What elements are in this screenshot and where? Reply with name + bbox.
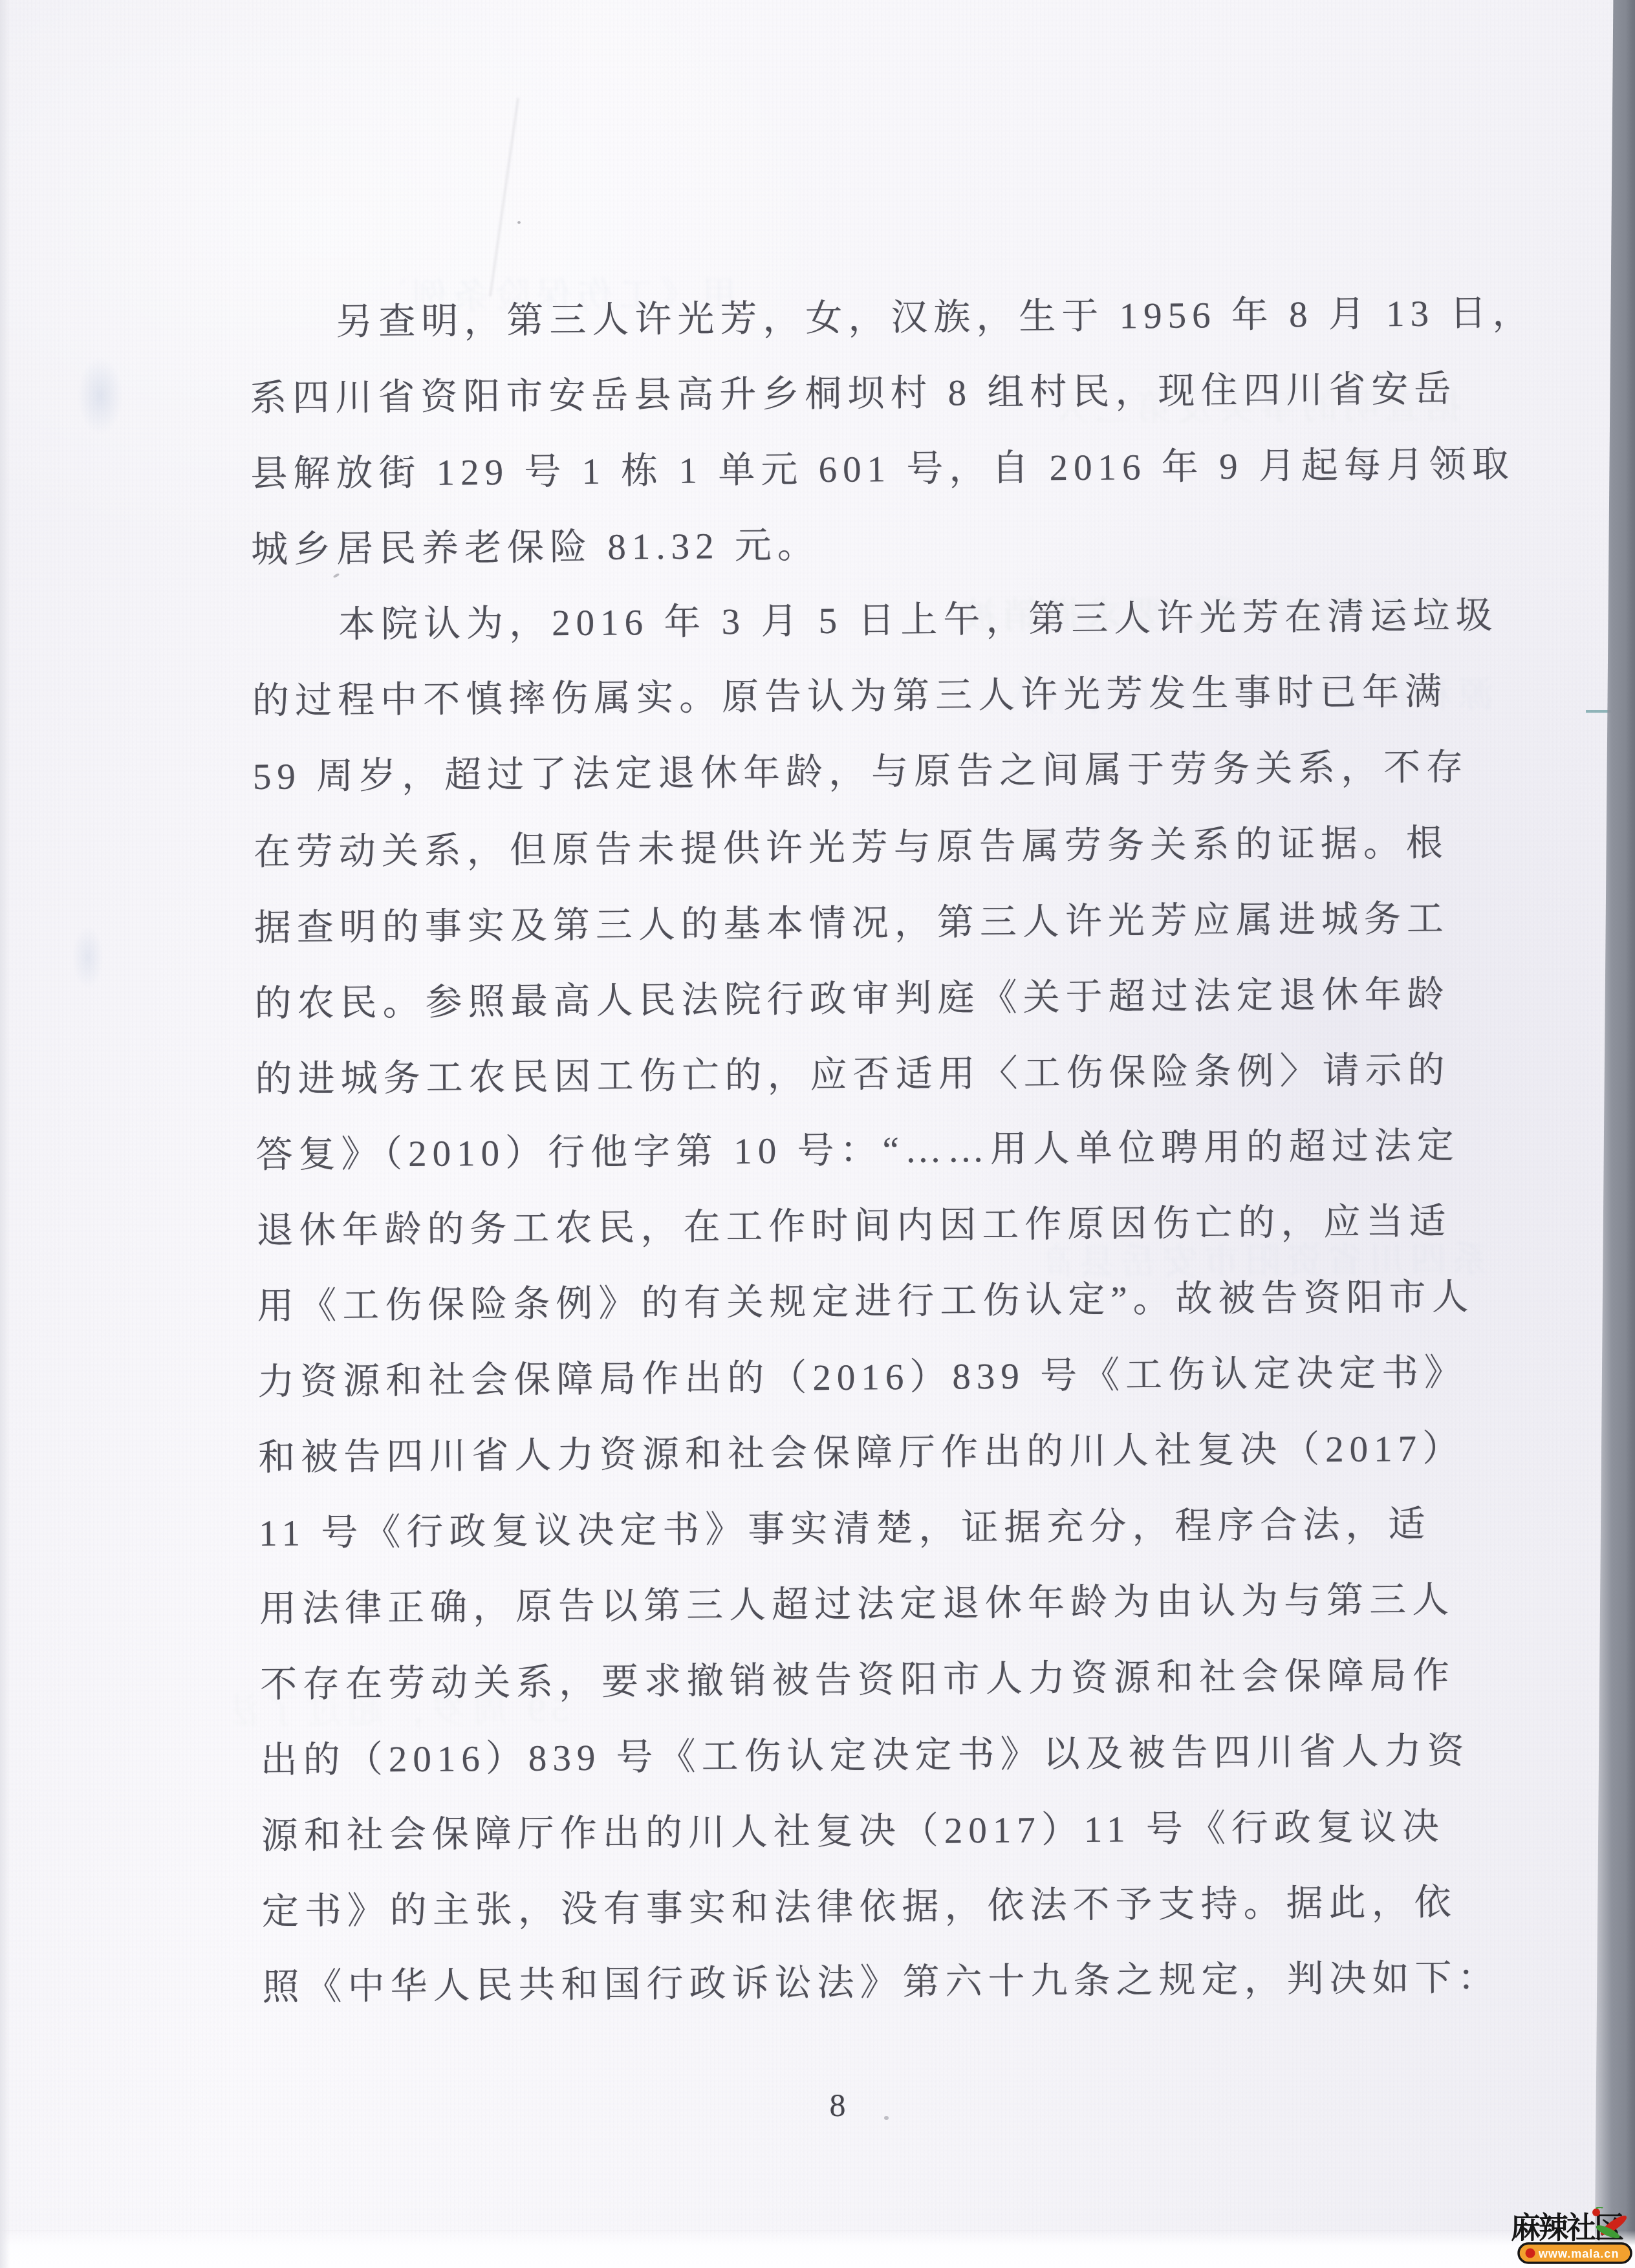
- text-line: 照《中华人民共和国行政诉讼法》第六十九条之规定，判决如下：: [262, 1940, 1472, 2025]
- text-line: 力资源和社会保障局作出的（2016）839 号《工伤认定决定书》: [257, 1335, 1467, 1420]
- text-line: 和被告四川省人力资源和社会保障厅作出的川人社复决（2017）: [258, 1410, 1468, 1496]
- page-edge-shadow-right: [1583, 0, 1635, 2268]
- ink-smudge: [78, 357, 123, 435]
- text-line: 系四川省资阳市安岳县高升乡桐坝村 8 组村民，现住四川省安岳: [250, 351, 1460, 437]
- scanned-page: 用《工伤保险条例》的有关规定进行工伤认定”。故被告资阳市人 据查明的事实及第三人…: [0, 0, 1635, 2268]
- paper-sheet: 用《工伤保险条例》的有关规定进行工伤认定”。故被告资阳市人 据查明的事实及第三人…: [0, 0, 1635, 2268]
- text-line: 出的（2016）839 号《工伤认定决定书》以及被告四川省人力资: [260, 1713, 1470, 1798]
- text-line: 城乡居民养老保险 81.32 元。: [251, 502, 1461, 588]
- dust-speck: [517, 221, 521, 224]
- text-line: 源和社会保障厅作出的川人社复决（2017）11 号《行政复议决: [261, 1789, 1471, 1874]
- text-line: 59 周岁，超过了法定退休年龄，与原告之间属于劳务关系，不存: [253, 729, 1463, 815]
- paper-crease: [489, 98, 519, 296]
- edge-pen-mark: [1586, 710, 1617, 713]
- page-edge-shadow-right-dark: [1626, 0, 1635, 2268]
- page-edge-bottom: [0, 2230, 1635, 2268]
- text-line: 答复》（2010）行他字第 10 号：“……用人单位聘用的超过法定: [255, 1108, 1466, 1193]
- mala-site-url-text: www.mala.cn: [1538, 2247, 1619, 2260]
- text-line: 的过程中不慎摔伤属实。原告认为第三人许光芳发生事时已年满: [252, 654, 1462, 739]
- judgment-body: 另查明，第三人许光芳，女，汉族，生于 1956 年 8 月 13 日，系四川省资…: [249, 275, 1472, 2025]
- text-line: 定书》的主张，没有事实和法律依据，依法不予支持。据此，依: [261, 1864, 1471, 1950]
- text-line: 据查明的事实及第三人的基本情况，第三人许光芳应属进城务工: [254, 881, 1464, 966]
- text-line: 用法律正确，原告以第三人超过法定退休年龄为由认为与第三人: [259, 1562, 1469, 1647]
- text-line: 县解放街 129 号 1 栋 1 单元 601 号，自 2016 年 9 月起每…: [250, 427, 1460, 512]
- mala-watermark-logo: 麻辣社区 www.mala.cn: [1510, 2207, 1632, 2264]
- page-edge-left: [0, 0, 10, 2268]
- text-line: 另查明，第三人许光芳，女，汉族，生于 1956 年 8 月 13 日，: [249, 275, 1459, 361]
- text-line: 在劳动关系，但原告未提供许光芳与原告属劳务关系的证据。根: [253, 805, 1463, 891]
- text-line: 用《工伤保险条例》的有关规定进行工伤认定”。故被告资阳市人: [257, 1259, 1467, 1345]
- text-line: 11 号《行政复议决定书》事实清楚，证据充分，程序合法，适: [259, 1486, 1469, 1571]
- berry-icon: [1592, 2209, 1600, 2216]
- text-line: 本院认为，2016 年 3 月 5 日上午，第三人许光芳在清运垃圾: [252, 578, 1462, 664]
- page-number: 8: [776, 2086, 899, 2124]
- text-line: 的农民。参照最高人民法院行政审判庭《关于超过法定退休年龄: [254, 956, 1464, 1042]
- text-line: 的进城务工农民因工伤亡的，应否适用〈工伤保险条例〉请示的: [255, 1032, 1465, 1118]
- berry-stem-icon: [1596, 2207, 1603, 2209]
- text-line: 退休年龄的务工农民，在工作时间内因工作原因伤亡的，应当适: [256, 1183, 1466, 1269]
- text-line: 不存在劳动关系，要求撤销被告资阳市人力资源和社会保障局作: [260, 1637, 1470, 1723]
- ink-smudge: [72, 926, 103, 988]
- banner-dot-icon: [1526, 2249, 1535, 2258]
- mala-logo-group: 麻辣社区 www.mala.cn: [1511, 2207, 1631, 2263]
